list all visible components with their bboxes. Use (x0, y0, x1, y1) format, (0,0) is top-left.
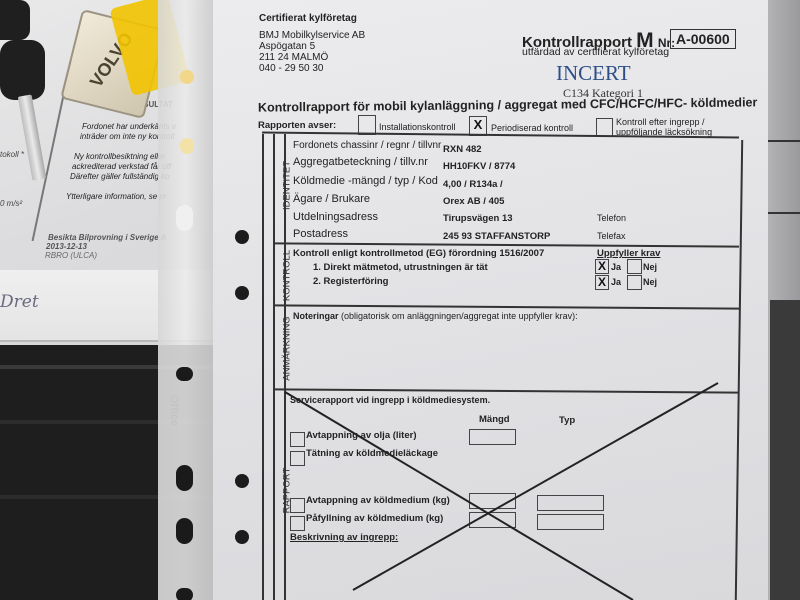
handwriting: Dret (0, 292, 39, 312)
key-fob (0, 0, 30, 40)
control-report-form: Certifierat kylföretag BMJ Mobilkylservi… (213, 0, 768, 600)
bg-text-line: Ny kontrollbesiktning eller (74, 152, 165, 161)
inspector-name: Besikta Bilprovning i Sverige A (48, 233, 166, 242)
sleeve-brand: Office (168, 395, 180, 426)
bg-text-line: ackrediterad verkstad får utf (72, 162, 171, 171)
bg-text-line: Ytterligare information, se pr (66, 192, 167, 201)
bg-text-fragment: tokoll * (0, 150, 24, 159)
bg-text-fragment: 0 m/s² (0, 199, 22, 208)
bg-text-line: Därefter gäller fullständig ko (70, 172, 170, 181)
inspection-code: RBRO (ULCA) (45, 251, 97, 260)
inspection-date: 2013-12-13 (46, 242, 87, 251)
key-head (0, 40, 45, 100)
plastic-sleeve-strip: Office (158, 0, 213, 600)
cross-out-mark (213, 0, 768, 600)
